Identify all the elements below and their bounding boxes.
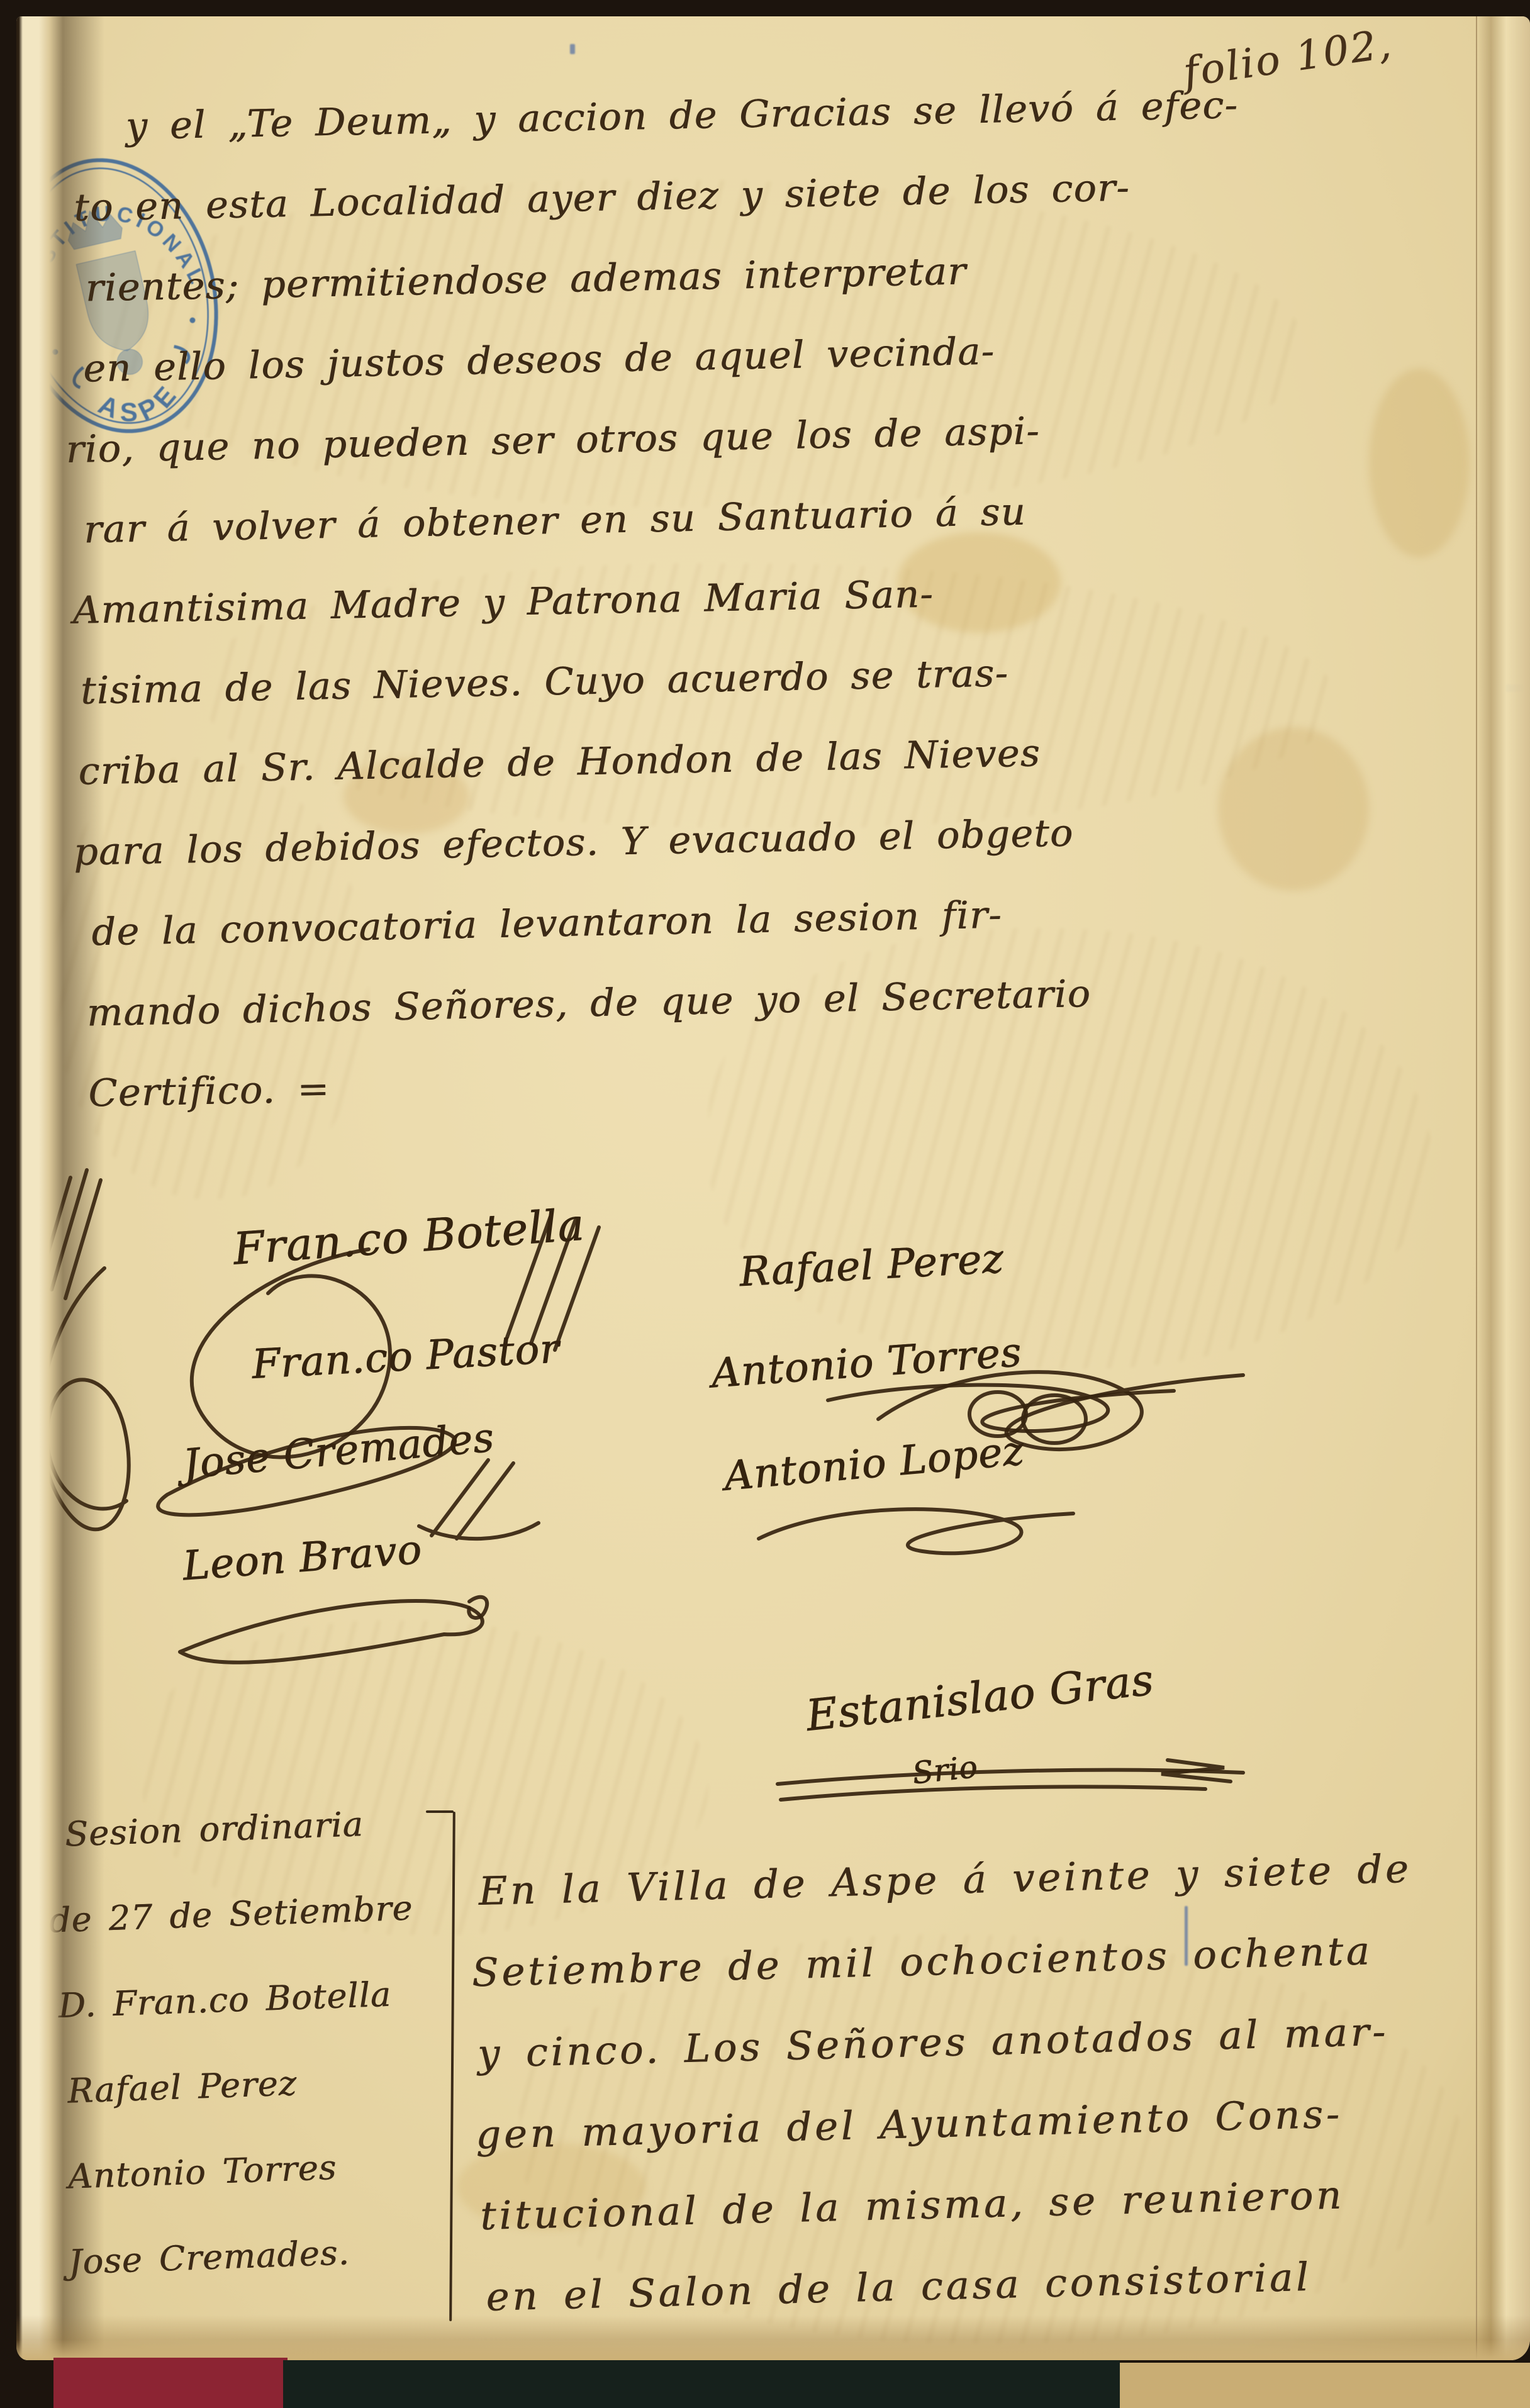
second-acta-text: En la Villa de Aspe á veinte y siete de … [469,1846,1423,2355]
signature-botella: Fran.co Botella [232,1199,586,1275]
page-stack-edge [1120,2363,1530,2408]
ink-speck [570,44,575,54]
ink-speck [1185,1906,1188,1966]
signature-perez: Rafael Perez [738,1235,1005,1296]
acta-body-text: y el „Te Deum„ y accion de Gracias se ll… [59,83,1258,1152]
scanned-book-page: { "colors":{ "ink":"#3c2a16", "paper":"#… [0,0,1530,2408]
signature-bravo: Leon Bravo [181,1527,423,1590]
signature-torres: Antonio Torres [710,1329,1023,1397]
manuscript-page: folio 102, CONSTITUCIONAL ASPE y el „Te … [16,16,1530,2360]
signature-secretary: Estanislao Gras [803,1655,1156,1741]
signature-secretary-title: Srio [910,1749,979,1792]
signature-lopez: Antonio Lopez [722,1427,1026,1500]
page-right-fold [1476,16,1530,2360]
book-gutter-shadow [16,16,104,2360]
margin-divider-hook [426,1810,454,1813]
book-cover-red [53,2358,288,2408]
paper-stain [1369,369,1470,557]
signature-pastor: Fran.co Pastor [250,1325,561,1388]
book-cover-dark [283,2360,1120,2408]
signature-cremades: Jose Cremades [181,1415,496,1488]
page-bottom-edge [16,2315,1530,2360]
